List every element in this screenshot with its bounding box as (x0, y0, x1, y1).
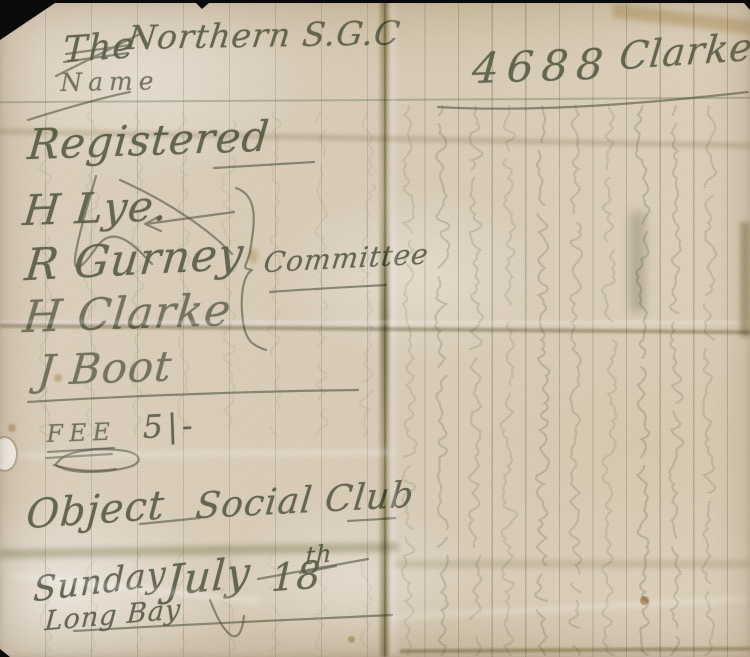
bleed-through-column (361, 552, 372, 651)
fee-blob-tail (54, 465, 116, 471)
white-crease-streak (390, 597, 750, 620)
register-number: 4688 (471, 39, 613, 93)
torn-hole (0, 438, 16, 470)
bleed-through-column (435, 106, 449, 655)
stain-blotch (248, 248, 258, 264)
registered-dash (214, 162, 314, 168)
fee-amount: 5|- (142, 406, 197, 446)
stain-dot (348, 636, 355, 643)
name-label: Name (60, 66, 160, 97)
right-column-smudge (630, 212, 645, 312)
member-name: H Lye. (21, 181, 171, 235)
bleed-through-column (535, 106, 549, 655)
bleed-through-column (602, 106, 617, 655)
member-name: R Gurney (23, 229, 247, 292)
july-descender-loop (210, 600, 244, 636)
register-number-underline (438, 92, 748, 109)
white-crease-streak (0, 450, 392, 457)
bleed-through-column (670, 106, 684, 655)
crossed-out-word: The (63, 25, 136, 71)
organisation-title: Northern S.G.C (125, 13, 403, 57)
bleed-through-column (569, 106, 582, 655)
registered-label: Registered (26, 112, 272, 170)
bleed-through-column (500, 106, 517, 655)
member-name: H Clarke (21, 285, 234, 343)
date-ordinal: th (305, 539, 333, 570)
horizontal-crease-lower-right (395, 561, 750, 567)
fee-underline (46, 448, 114, 458)
bottom-right-crease (400, 647, 750, 653)
bleed-through-column (635, 106, 649, 655)
fee-label: FEE (46, 418, 117, 448)
bleed-through-column (402, 106, 417, 655)
register-surname: Clarke (617, 25, 750, 79)
committee-label: Committee (262, 237, 431, 279)
member-name: J Boot (36, 341, 175, 395)
stain-dot (8, 424, 16, 432)
fee-scribble-blob (56, 449, 139, 472)
committee-underline (270, 285, 386, 292)
scanned-note-paper: The Northern S.G.C Name 4688 Clarke Regi… (0, 0, 750, 657)
scanner-bed: The Northern S.G.C Name 4688 Clarke Regi… (0, 0, 750, 657)
object-value: Social Club (194, 475, 417, 528)
stain-dot (640, 596, 649, 605)
right-edge-stain (740, 222, 750, 337)
bleed-through-column (469, 106, 483, 655)
bleed-through-column (702, 106, 716, 655)
object-label: Object (25, 482, 167, 538)
ledger-header-line (0, 97, 750, 103)
